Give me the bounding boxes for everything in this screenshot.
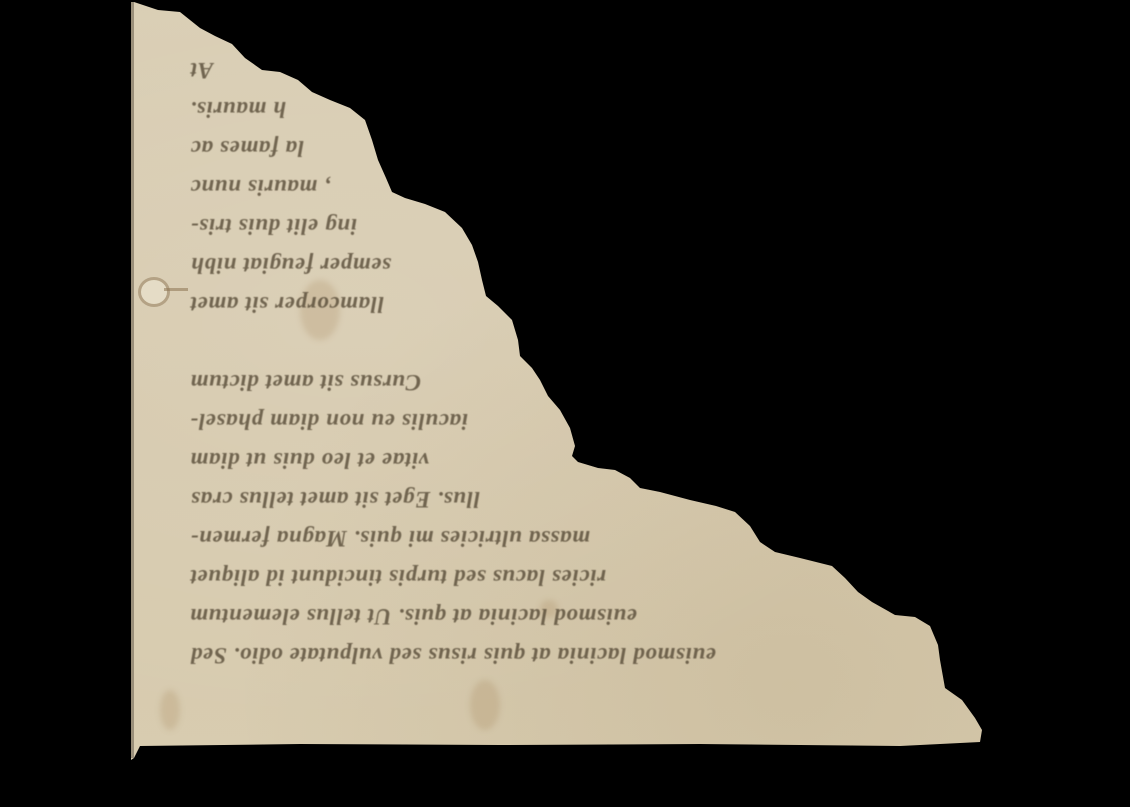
text-line: la fames ac (190, 133, 304, 163)
paper-left-edge (131, 2, 134, 758)
binding-hole-mark-tail (164, 288, 188, 291)
text-line: vitae et leo duis ut diam (190, 445, 429, 475)
text-line: ing elit duis tris- (190, 211, 357, 241)
text-line: euismod lacinia at quis risus sed vulput… (190, 640, 716, 670)
paper-stain (470, 680, 500, 730)
text-line: massa ultricies mi quis. Magna fermen- (190, 523, 590, 553)
text-line: euismod lacinia at quis. Ut tellus eleme… (190, 601, 637, 631)
text-line: h mauris. (190, 94, 286, 124)
text-line: semper feugiat nibh (190, 250, 391, 280)
text-line: Cursus sit amet dictum (190, 367, 421, 397)
paper-stain (160, 690, 180, 730)
text-line: , mauris nunc (190, 172, 330, 202)
text-line: llamcorper sit amet (190, 289, 384, 319)
text-line: At (190, 55, 213, 85)
text-line: llus. Eget sit amet tellus cras (190, 484, 480, 514)
text-line: iaculis eu non diam phasel- (190, 406, 468, 436)
binding-hole-mark (138, 277, 170, 307)
text-line: ricies lacus sed turpis tincidunt id ali… (190, 562, 606, 592)
upside-down-text-block: euismod lacinia at quis risus sed vulput… (190, 40, 950, 670)
